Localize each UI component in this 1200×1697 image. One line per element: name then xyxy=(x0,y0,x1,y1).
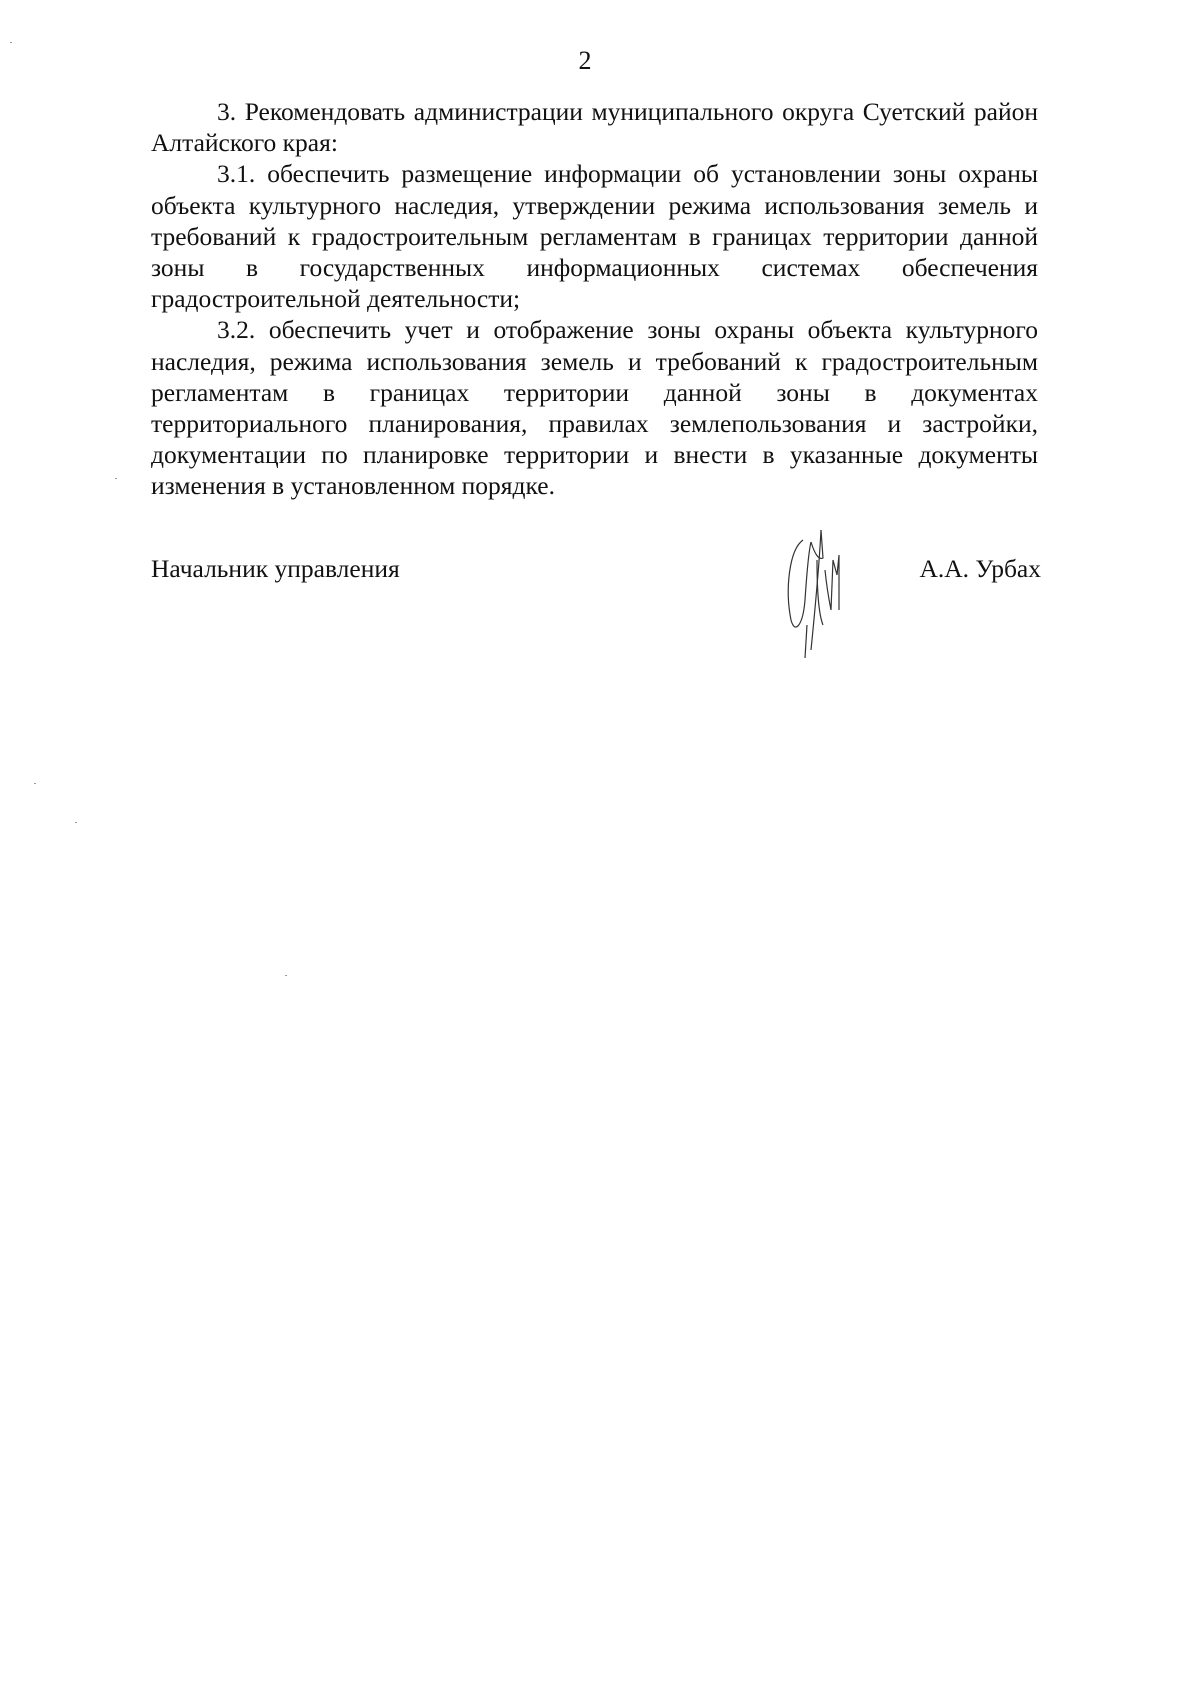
scan-artifact xyxy=(10,42,12,43)
scan-artifact xyxy=(75,822,77,823)
handwritten-signature-icon xyxy=(781,530,861,660)
scan-artifact xyxy=(115,478,117,479)
scan-artifact xyxy=(285,975,287,976)
paragraph-3-1: 3.1. обеспечить размещение информации об… xyxy=(151,158,1038,314)
paragraph-3-2: 3.2. обеспечить учет и отображение зоны … xyxy=(151,314,1038,501)
document-body: 3. Рекомендовать администрации муниципал… xyxy=(151,96,1038,502)
scan-artifact xyxy=(34,783,36,784)
signatory-title: Начальник управления xyxy=(151,554,400,584)
signatory-name: А.А. Урбах xyxy=(919,554,1041,584)
page-number: 2 xyxy=(0,46,1170,76)
paragraph-3: 3. Рекомендовать администрации муниципал… xyxy=(151,96,1038,158)
signature-block: Начальник управления А.А. Урбах xyxy=(151,548,1041,678)
